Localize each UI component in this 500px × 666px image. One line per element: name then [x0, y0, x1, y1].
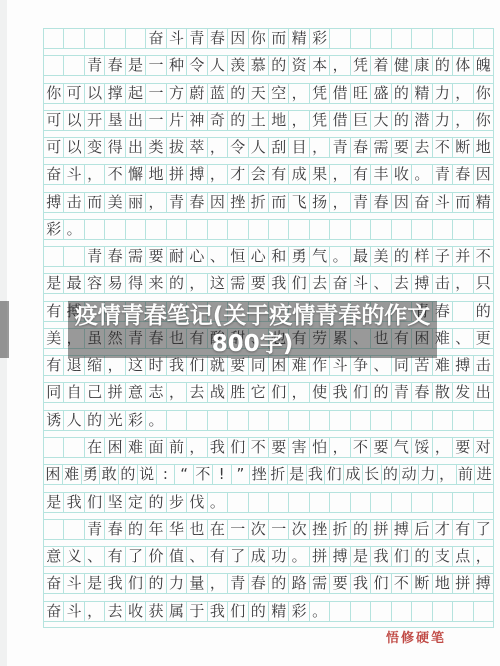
- handwriting-row: 诱人的光彩。: [44, 410, 493, 431]
- grid-cell: 需: [310, 574, 330, 593]
- grid-cell: 春: [249, 574, 269, 593]
- grid-cell: 我: [64, 493, 84, 512]
- grid-cell: 春: [412, 383, 432, 402]
- grid-cell: 拼: [310, 547, 330, 566]
- grid-cell: [228, 493, 248, 512]
- grid-cell: 的: [228, 111, 248, 130]
- grid-cell: [371, 411, 391, 430]
- grid-cell: 有: [208, 547, 228, 566]
- grid-cell: 青: [330, 138, 350, 157]
- grid-cell: 斗: [64, 602, 84, 621]
- grid-cell: 你: [44, 84, 64, 103]
- grid-cell: 奋: [412, 193, 432, 212]
- grid-cell: 的: [412, 547, 432, 566]
- grid-cell: 才: [433, 520, 453, 539]
- grid-cell: 属: [167, 602, 187, 621]
- grid-cell: 只: [474, 274, 493, 293]
- grid-cell: 出: [474, 383, 493, 402]
- grid-cell: 要: [371, 438, 391, 457]
- grid-cell: [105, 220, 125, 239]
- grid-cell: 的: [392, 247, 412, 266]
- grid-cell: 类: [146, 138, 166, 157]
- grid-cell: 这: [126, 356, 146, 375]
- grid-cell: 蓝: [208, 84, 228, 103]
- grid-cell: 得: [105, 138, 125, 157]
- grid-cell: 精: [412, 84, 432, 103]
- grid-cell: 不: [249, 438, 269, 457]
- grid-cell: 这: [208, 274, 228, 293]
- grid-cell: 一: [146, 84, 166, 103]
- grid-cell: 点: [453, 547, 473, 566]
- grid-cell: 断: [453, 138, 473, 157]
- grid-cell: 力: [433, 84, 453, 103]
- grid-cell: 们: [126, 574, 146, 593]
- handwriting-row: 你可以撑起一方蔚蓝的天空，凭借旺盛的精力，你: [44, 83, 493, 104]
- grid-cell: 精: [474, 193, 493, 212]
- handwriting-row: 青春是一种令人羡慕的资本，凭着健康的体魄: [44, 55, 493, 76]
- grid-cell: [289, 220, 309, 239]
- grid-cell: ，: [474, 547, 493, 566]
- grid-cell: [64, 29, 84, 48]
- grid-cell: 次: [249, 520, 269, 539]
- grid-cell: 目: [289, 138, 309, 157]
- grid-cell: 因: [228, 29, 248, 48]
- grid-cell: 搏: [330, 547, 350, 566]
- grid-cell: [351, 493, 371, 512]
- grid-cell: 击: [433, 274, 453, 293]
- grid-cell: 折: [249, 193, 269, 212]
- grid-cell: 、: [187, 547, 207, 566]
- grid-cell: 美: [44, 329, 64, 348]
- grid-cell: 果: [310, 165, 330, 184]
- grid-cell: 。: [310, 602, 330, 621]
- grid-cell: [310, 411, 330, 430]
- grid-cell: 步: [167, 493, 187, 512]
- grid-cell: [330, 602, 350, 621]
- grid-cell: 不: [392, 574, 412, 593]
- grid-cell: 成: [344, 465, 363, 484]
- grid-cell: 神: [187, 111, 207, 130]
- grid-cell: [289, 411, 309, 430]
- grid-cell: 同: [392, 356, 412, 375]
- grid-cell: 了: [228, 547, 248, 566]
- grid-cell: [310, 493, 330, 512]
- grid-cell: 动: [400, 465, 419, 484]
- grid-cell: 起: [126, 84, 146, 103]
- grid-cell: 春: [351, 138, 371, 157]
- grid-cell: 伐: [187, 493, 207, 512]
- grid-cell: 支: [433, 547, 453, 566]
- grid-cell: 懈: [126, 165, 146, 184]
- handwriting-row: 是我们坚定的步伐。: [44, 492, 493, 513]
- grid-cell: ，: [453, 111, 473, 130]
- grid-cell: 有: [269, 165, 289, 184]
- grid-cell: 怕: [310, 438, 330, 457]
- grid-cell: 着: [371, 56, 391, 75]
- grid-cell: 意: [126, 383, 146, 402]
- grid-cell: 种: [167, 56, 187, 75]
- grid-cell: [371, 602, 391, 621]
- grid-cell: ，: [208, 165, 228, 184]
- grid-cell: [412, 29, 432, 48]
- grid-cell: 击: [64, 193, 84, 212]
- grid-cell: [208, 220, 228, 239]
- grid-cell: 己: [85, 383, 105, 402]
- grid-cell: 的: [269, 574, 289, 593]
- grid-cell: 使: [310, 383, 330, 402]
- grid-cell: 片: [167, 111, 187, 130]
- grid-cell: 要: [249, 274, 269, 293]
- grid-cell: 资: [289, 56, 309, 75]
- grid-cell: 价: [146, 547, 166, 566]
- grid-cell: 击: [474, 356, 493, 375]
- grid-cell: 我: [307, 465, 326, 484]
- grid-cell: [412, 493, 432, 512]
- grid-cell: 斗: [64, 574, 84, 593]
- grid-cell: 了: [474, 520, 493, 539]
- grid-cell: 去: [187, 383, 207, 402]
- grid-cell: 青: [85, 247, 105, 266]
- grid-cell: 变: [85, 138, 105, 157]
- grid-cell: 不: [433, 138, 453, 157]
- grid-cell: 是: [44, 493, 64, 512]
- grid-cell: 奋: [44, 574, 64, 593]
- grid-cell: 折: [269, 465, 288, 484]
- grid-cell: ，: [330, 56, 350, 75]
- grid-cell: 要: [330, 574, 350, 593]
- grid-cell: 地: [146, 165, 166, 184]
- grid-cell: 诱: [44, 411, 64, 430]
- grid-cell: 拼: [453, 574, 473, 593]
- grid-cell: 挫: [310, 520, 330, 539]
- overlay-edge-strip: [0, 301, 9, 358]
- grid-cell: ，: [289, 84, 309, 103]
- watermark-title-line1: 疫情青春笔记(关于疫情青春的作文: [75, 302, 431, 330]
- grid-cell: 心: [187, 247, 207, 266]
- grid-cell: ，: [85, 165, 105, 184]
- grid-cell: 是: [126, 56, 146, 75]
- grid-cell: 困: [269, 356, 289, 375]
- grid-cell: 丰: [371, 165, 391, 184]
- grid-cell: 同: [44, 383, 64, 402]
- grid-cell: 斗: [64, 165, 84, 184]
- grid-cell: 以: [64, 111, 84, 130]
- grid-cell: 地: [474, 138, 493, 157]
- grid-cell: 才: [228, 165, 248, 184]
- grid-cell: 我: [269, 274, 289, 293]
- grid-cell: 飞: [289, 193, 309, 212]
- grid-cell: 们: [325, 465, 344, 484]
- grid-cell: 有: [105, 547, 125, 566]
- grid-cell: [44, 520, 64, 539]
- grid-cell: 功: [269, 547, 289, 566]
- grid-cell: 胜: [228, 383, 248, 402]
- grid-cell: 们: [187, 356, 207, 375]
- grid-cell: 需: [228, 274, 248, 293]
- grid-cell: 青: [167, 193, 187, 212]
- grid-cell: [330, 220, 350, 239]
- grid-cell: 春: [371, 193, 391, 212]
- grid-cell: 你: [249, 29, 269, 48]
- handwriting-row: 意义、有了价值、有了成功。拼搏是我们的支点，: [44, 546, 493, 567]
- grid-cell: 力: [167, 574, 187, 593]
- grid-cell: 和: [269, 247, 289, 266]
- grid-cell: 困: [44, 465, 63, 484]
- grid-cell: [453, 220, 473, 239]
- grid-cell: 不: [351, 438, 371, 457]
- grid-cell: 在: [208, 520, 228, 539]
- handwriting-row: 奋斗是我们的力量，青春的路需要我们不断地拼搏: [44, 573, 493, 594]
- grid-cell: [44, 438, 64, 457]
- grid-cell: [453, 602, 473, 621]
- grid-cell: 华: [167, 520, 187, 539]
- grid-cell: 一: [228, 520, 248, 539]
- grid-cell: 年: [146, 520, 166, 539]
- grid-cell: 你: [474, 84, 493, 103]
- grid-cell: [187, 411, 207, 430]
- grid-cell: [44, 247, 64, 266]
- grid-cell: 的: [228, 84, 248, 103]
- grid-cell: 魄: [474, 56, 493, 75]
- grid-cell: [453, 302, 473, 321]
- handwriting-row: 困难勇敢的说:“不!”挫折是我们成长的动力，前进: [44, 464, 493, 485]
- handwriting-row: 青春的年华也在一次一次挫折的拼搏后才有了: [44, 519, 493, 540]
- grid-cell: 去: [392, 274, 412, 293]
- grid-cell: 次: [289, 520, 309, 539]
- grid-cell: 成: [289, 165, 309, 184]
- grid-cell: [371, 220, 391, 239]
- grid-cell: 而: [269, 29, 289, 48]
- grid-cell: 人: [64, 411, 84, 430]
- grid-cell: 力: [419, 465, 438, 484]
- grid-cell: 面: [146, 438, 166, 457]
- grid-cell: ，: [289, 383, 309, 402]
- grid-cell: 地: [433, 574, 453, 593]
- grid-cell: 耐: [167, 247, 187, 266]
- grid-cell: ”: [232, 465, 251, 484]
- grid-cell: 难: [63, 465, 82, 484]
- grid-cell: 值: [167, 547, 187, 566]
- grid-cell: 获: [146, 602, 166, 621]
- essay-photo-page: 奋斗青春因你而精彩青春是一种令人羡慕的资本，凭着健康的体魄你可以撑起一方蔚蓝的天…: [0, 0, 500, 666]
- grid-cell: 垦: [105, 111, 125, 130]
- grid-cell: 需: [126, 247, 146, 266]
- grid-cell: 春: [208, 29, 228, 48]
- grid-cell: 志: [146, 383, 166, 402]
- grid-cell: 也: [187, 520, 207, 539]
- grid-cell: 拼: [105, 383, 125, 402]
- grid-cell: ，: [289, 111, 309, 130]
- grid-cell: ，: [208, 574, 228, 593]
- grid-cell: 凭: [310, 111, 330, 130]
- grid-cell: 折: [330, 520, 350, 539]
- grid-cell: 奋: [146, 29, 166, 48]
- grid-cell: 我: [351, 574, 371, 593]
- grid-cell: 了: [126, 547, 146, 566]
- grid-cell: [269, 493, 289, 512]
- watermark-title-overlay: 疫情青春笔记(关于疫情青春的作文 800字): [68, 301, 437, 358]
- grid-cell: 人: [208, 56, 228, 75]
- grid-cell: 说: [138, 465, 157, 484]
- grid-cell: 你: [474, 111, 493, 130]
- grid-cell: [433, 493, 453, 512]
- grid-cell: 的: [433, 56, 453, 75]
- grid-cell: [208, 411, 228, 430]
- grid-cell: 、: [208, 247, 228, 266]
- grid-cell: 坚: [105, 493, 125, 512]
- grid-cell: 美: [105, 193, 125, 212]
- grid-cell: 撑: [105, 84, 125, 103]
- grid-cell: 光: [105, 411, 125, 430]
- grid-cell: 春: [105, 56, 125, 75]
- grid-cell: 力: [433, 111, 453, 130]
- grid-cell: 盛: [371, 84, 391, 103]
- grid-cell: 义: [64, 547, 84, 566]
- grid-cell: ，: [187, 438, 207, 457]
- grid-cell: 害: [289, 438, 309, 457]
- grid-cell: 青: [351, 193, 371, 212]
- grid-cell: 是: [351, 547, 371, 566]
- grid-cell: 我: [208, 602, 228, 621]
- grid-cell: 不: [474, 247, 493, 266]
- grid-cell: 断: [412, 574, 432, 593]
- grid-cell: [453, 411, 473, 430]
- grid-cell: [351, 411, 371, 430]
- grid-cell: [249, 411, 269, 430]
- grid-cell: 并: [453, 247, 473, 266]
- grid-cell: 潜: [412, 111, 432, 130]
- grid-cell: [105, 29, 125, 48]
- grid-cell: 同: [249, 356, 269, 375]
- grid-cell: 要: [392, 138, 412, 157]
- grid-cell: 是: [44, 274, 64, 293]
- grid-cell: 难: [289, 356, 309, 375]
- grid-cell: 更: [474, 329, 493, 348]
- grid-cell: 最: [351, 247, 371, 266]
- grid-cell: 蔚: [187, 84, 207, 103]
- grid-cell: 争: [351, 356, 371, 375]
- grid-cell: 难: [433, 356, 453, 375]
- grid-cell: 拼: [167, 165, 187, 184]
- grid-cell: [412, 602, 432, 621]
- grid-cell: 奇: [208, 111, 228, 130]
- grid-cell: [371, 493, 391, 512]
- grid-cell: 一: [269, 520, 289, 539]
- grid-cell: 彩: [126, 411, 146, 430]
- grid-cell: ，: [146, 193, 166, 212]
- grid-cell: 退: [64, 356, 84, 375]
- grid-cell: 青: [392, 383, 412, 402]
- grid-cell: 战: [208, 383, 228, 402]
- grid-cell: 春: [187, 193, 207, 212]
- grid-cell: 们: [228, 602, 248, 621]
- grid-cell: 康: [412, 56, 432, 75]
- grid-cell: 的: [146, 493, 166, 512]
- grid-cell: 、: [453, 329, 473, 348]
- grid-cell: 我: [371, 547, 391, 566]
- grid-cell: 萃: [187, 138, 207, 157]
- grid-cell: ，: [85, 602, 105, 621]
- handwriting-row: 可以开垦出一片神奇的土地，凭借巨大的潜力，你: [44, 110, 493, 131]
- grid-cell: 空: [269, 84, 289, 103]
- grid-cell: 令: [187, 56, 207, 75]
- grid-cell: ，: [438, 465, 457, 484]
- grid-cell: 子: [433, 247, 453, 266]
- grid-cell: 因: [474, 165, 493, 184]
- grid-cell: 春: [105, 247, 125, 266]
- grid-cell: [351, 602, 371, 621]
- grid-cell: 刮: [269, 138, 289, 157]
- grid-cell: [453, 29, 473, 48]
- grid-cell: [412, 220, 432, 239]
- grid-cell: ，: [453, 274, 473, 293]
- grid-cell: [330, 493, 350, 512]
- grid-cell: 意: [44, 547, 64, 566]
- handwriting-row: 可以变得出类拔萃，令人刮目，青春需要去不断地: [44, 137, 493, 158]
- grid-cell: 彩: [310, 29, 330, 48]
- grid-cell: [392, 29, 412, 48]
- grid-cell: 难: [126, 438, 146, 457]
- grid-cell: [146, 220, 166, 239]
- grid-cell: 因: [392, 193, 412, 212]
- grid-cell: 人: [249, 138, 269, 157]
- grid-cell: 们: [289, 274, 309, 293]
- grid-cell: 量: [187, 574, 207, 593]
- grid-cell: 得: [126, 274, 146, 293]
- grid-cell: 土: [249, 111, 269, 130]
- grid-cell: 时: [146, 356, 166, 375]
- grid-cell: 的: [382, 465, 401, 484]
- grid-cell: 而: [85, 193, 105, 212]
- grid-cell: 散: [433, 383, 453, 402]
- grid-cell: 最: [64, 274, 84, 293]
- grid-cell: 路: [289, 574, 309, 593]
- grid-cell: 健: [392, 56, 412, 75]
- grid-cell: 天: [249, 84, 269, 103]
- grid-cell: [64, 438, 84, 457]
- grid-cell: 要: [146, 247, 166, 266]
- grid-cell: 奋: [44, 602, 64, 621]
- grid-cell: 。: [289, 547, 309, 566]
- grid-cell: [453, 493, 473, 512]
- grid-cell: 令: [228, 138, 248, 157]
- grid-cell: 精: [289, 29, 309, 48]
- grid-cell: [64, 247, 84, 266]
- grid-cell: 对: [474, 438, 493, 457]
- grid-cell: 样: [412, 247, 432, 266]
- handwriting-row: 奋斗，不懈地拼搏，才会有成果，有丰收。青春因: [44, 164, 493, 185]
- grid-cell: 奋: [330, 274, 350, 293]
- grid-cell: 成: [249, 547, 269, 566]
- grid-cell: 收: [392, 165, 412, 184]
- grid-cell: 们: [269, 383, 289, 402]
- grid-cell: 它: [249, 383, 269, 402]
- grid-cell: 们: [392, 547, 412, 566]
- grid-cell: [228, 220, 248, 239]
- grid-cell: [330, 29, 350, 48]
- grid-cell: 定: [126, 493, 146, 512]
- handwriting-row: 是最容易得来的，这需要我们去奋斗、去搏击，只: [44, 273, 493, 294]
- grid-cell: [412, 411, 432, 430]
- grid-cell: 而: [269, 193, 289, 212]
- grid-cell: [64, 56, 84, 75]
- grid-cell: [187, 220, 207, 239]
- grid-cell: 借: [330, 111, 350, 130]
- grid-cell: 体: [453, 56, 473, 75]
- author-signature: 悟修硬笔: [386, 631, 446, 646]
- grid-cell: 们: [228, 438, 248, 457]
- grid-cell: [126, 220, 146, 239]
